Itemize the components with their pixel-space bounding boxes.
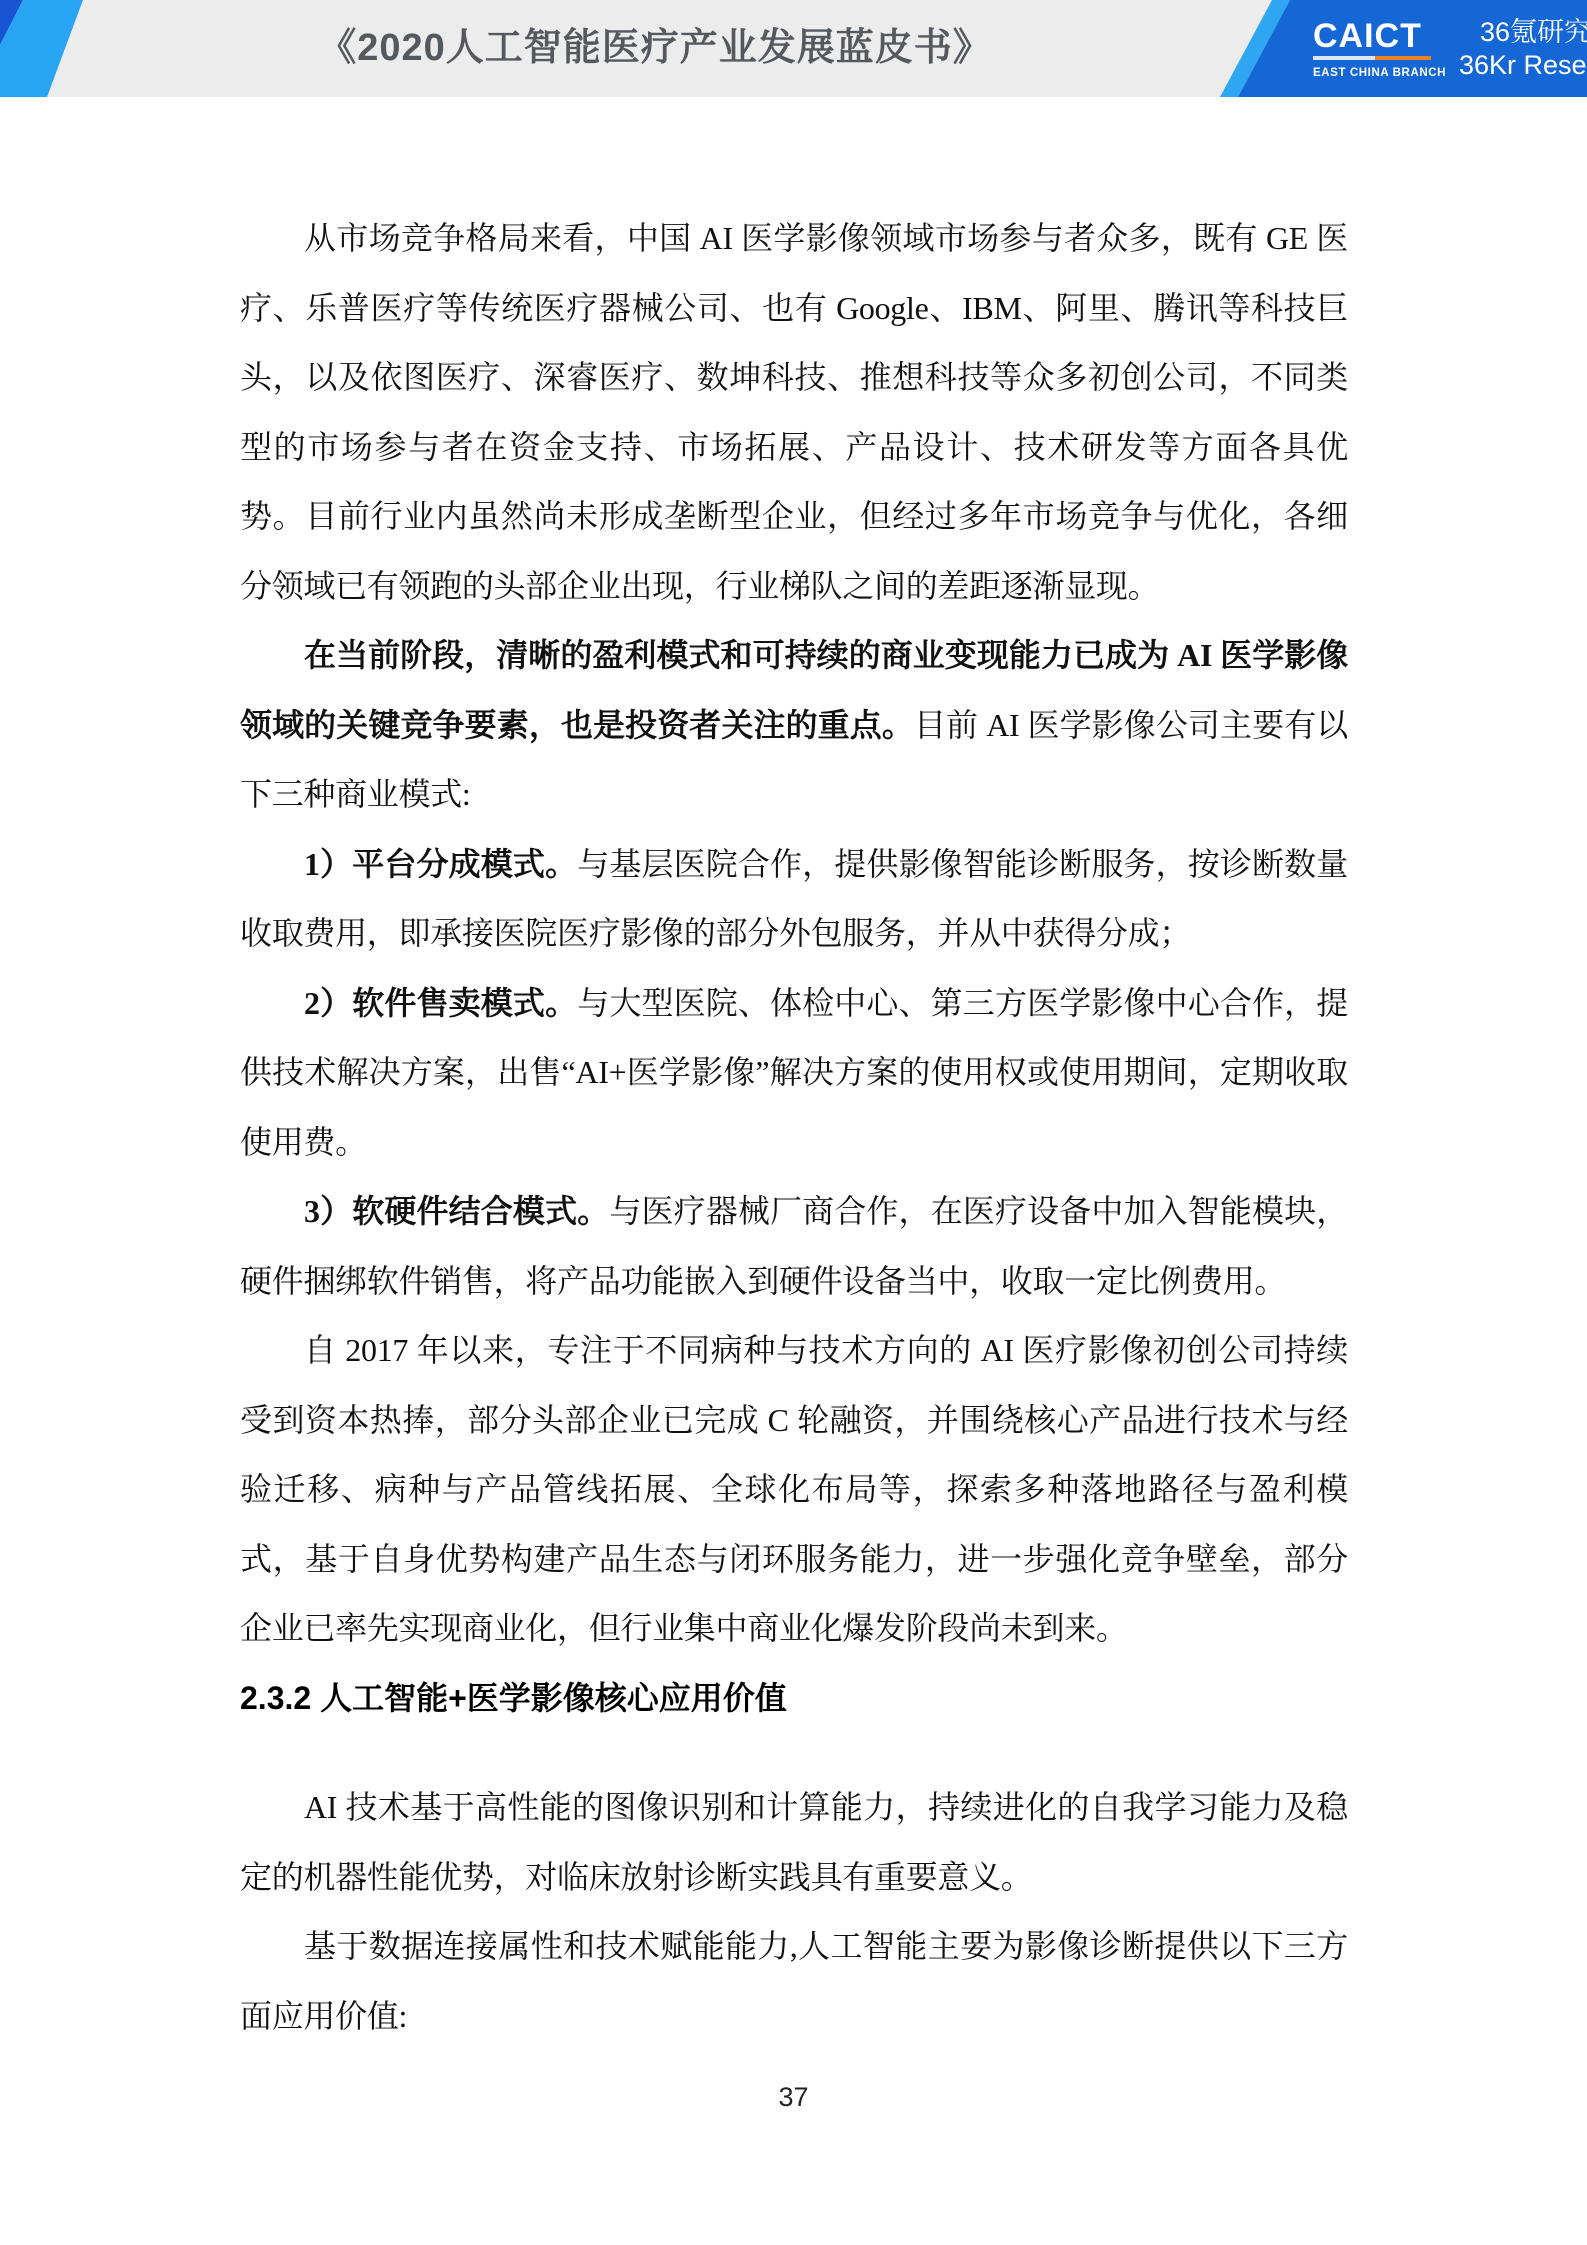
document-page: 《2020人工智能医疗产业发展蓝皮书》 CAICT EAST CHINA BRA… (0, 0, 1587, 2245)
page-header: 《2020人工智能医疗产业发展蓝皮书》 CAICT EAST CHINA BRA… (0, 0, 1587, 97)
text-segment: 基于数据连接属性和技术赋能能力,人工智能主要为影像诊断提供以下三方面应用价值: (240, 1928, 1348, 2034)
paragraph: 在当前阶段，清晰的盈利模式和可持续的商业变现能力已成为 AI 医学影像领域的关键… (240, 621, 1348, 830)
caict-rule-orange-segment (1375, 56, 1431, 60)
text-segment-bold: 2.3.2 人工智能+医学影像核心应用价值 (240, 1680, 787, 1716)
section-heading: 2.3.2 人工智能+医学影像核心应用价值 (240, 1664, 1348, 1734)
text-segment-bold: 3）软硬件结合模式。 (304, 1193, 609, 1229)
paragraph: 从市场竞争格局来看，中国 AI 医学影像领域市场参与者众多，既有 GE 医疗、乐… (240, 204, 1348, 621)
caict-branch-label: EAST CHINA BRANCH (1313, 67, 1435, 79)
brand-block: CAICT EAST CHINA BRANCH 36氪研究院 36Kr Rese… (1230, 0, 1587, 97)
document-body: 从市场竞争格局来看，中国 AI 医学影像领域市场参与者众多，既有 GE 医疗、乐… (240, 97, 1348, 2051)
kr-research-cn-label: 36氪研究院 (1459, 16, 1587, 49)
text-segment: 自 2017 年以来，专注于不同病种与技术方向的 AI 医疗影像初创公司持续受到… (240, 1332, 1348, 1646)
paragraph: 2）软件售卖模式。与大型医院、体检中心、第三方医学影像中心合作，提供技术解决方案… (240, 969, 1348, 1178)
page-footer: 37 (0, 2082, 1587, 2113)
text-segment: AI 技术基于高性能的图像识别和计算能力，持续进化的自我学习能力及稳定的机器性能… (240, 1789, 1348, 1895)
document-title: 《2020人工智能医疗产业发展蓝皮书》 (0, 0, 1310, 97)
caict-logo: CAICT EAST CHINA BRANCH (1313, 19, 1435, 79)
page-number: 37 (778, 2082, 808, 2112)
paragraph: AI 技术基于高性能的图像识别和计算能力，持续进化的自我学习能力及稳定的机器性能… (240, 1773, 1348, 1912)
kr-research-logo: 36氪研究院 36Kr Research (1459, 16, 1587, 82)
caict-logo-rule (1313, 56, 1431, 60)
text-segment-bold: 2）软件售卖模式。 (304, 985, 577, 1021)
kr-research-en-label: 36Kr Research (1459, 49, 1587, 82)
paragraph: 1）平台分成模式。与基层医院合作，提供影像智能诊断服务，按诊断数量收取费用，即承… (240, 830, 1348, 969)
paragraph: 自 2017 年以来，专注于不同病种与技术方向的 AI 医疗影像初创公司持续受到… (240, 1316, 1348, 1664)
text-segment: 从市场竞争格局来看，中国 AI 医学影像领域市场参与者众多，既有 GE 医疗、乐… (240, 220, 1348, 604)
paragraph: 基于数据连接属性和技术赋能能力,人工智能主要为影像诊断提供以下三方面应用价值: (240, 1912, 1348, 2051)
caict-rule-light-segment (1313, 56, 1375, 60)
paragraph: 3）软硬件结合模式。与医疗器械厂商合作，在医疗设备中加入智能模块，硬件捆绑软件销… (240, 1177, 1348, 1316)
text-segment-bold: 1）平台分成模式。 (304, 846, 577, 882)
caict-wordmark: CAICT (1313, 19, 1435, 53)
